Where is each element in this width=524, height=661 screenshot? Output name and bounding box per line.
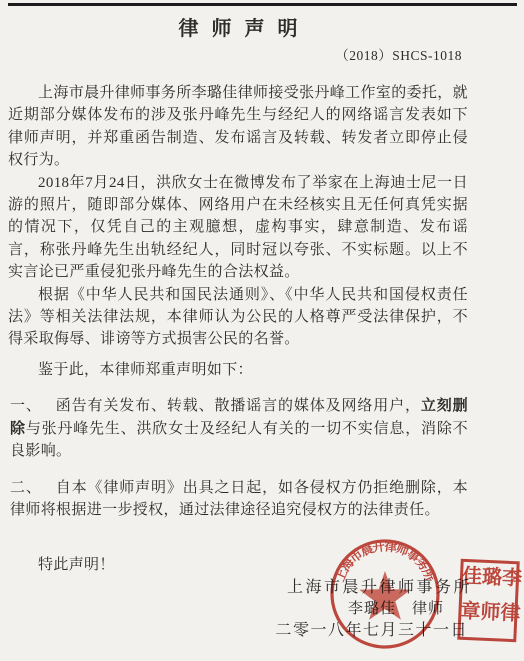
paragraph-facts: 2018年7月24日，洪欣女士在微博发布了举家在上海迪士尼一日游的照片，随即部分… — [8, 172, 468, 284]
round-law-firm-seal: 上海市晨升律师事务所 — [327, 536, 443, 652]
document-body: 上海市晨升律师事务所李璐佳律师接受张丹峰工作室的委托，就近期部分媒体发布的涉及张… — [8, 82, 468, 577]
paragraph-lead-in: 鉴于此，本律师郑重声明如下： — [8, 359, 468, 381]
item-1-text: 函告有关发布、转载、散播谣言的媒体及网络用户， — [56, 398, 421, 414]
square-lawyer-seal: 李璐佳 律师章 — [457, 559, 519, 642]
reference-number: （2018）SHCS-1018 — [8, 47, 468, 65]
lawyer-statement-document: 律师声明 （2018）SHCS-1018 上海市晨升律师事务所李璐佳律师接受张丹… — [0, 0, 524, 577]
item-1-text-after: 与张丹峰先生、洪欣女士及经纪人有关的一切不实信息，消除不良影响。 — [10, 421, 468, 459]
statement-item-2: 二、自本《律师声明》出具之日起，如各侵权方仍拒绝删除，本律师将根据进一步授权，通… — [8, 477, 468, 522]
square-seal-right-column: 李璐佳 — [459, 565, 520, 602]
statement-item-1: 一、函告有关发布、转载、散播谣言的媒体及网络用户，立刻删除与张丹峰先生、洪欣女士… — [8, 395, 468, 462]
paragraph-legal-basis: 根据《中华人民共和国民法通则》、《中华人民共和国侵权责任法》等相关法律法规，本律… — [8, 284, 468, 351]
item-1-marker: 一、 — [10, 398, 42, 414]
paragraph-intro: 上海市晨升律师事务所李璐佳律师接受张丹峰工作室的委托，就近期部分媒体发布的涉及张… — [8, 82, 468, 172]
item-2-marker: 二、 — [10, 480, 42, 496]
square-seal-left-column: 律师章 — [457, 599, 518, 636]
document-title: 律师声明 — [8, 16, 468, 42]
star-icon — [359, 571, 410, 620]
item-2-text: 自本《律师声明》出具之日起，如各侵权方仍拒绝删除，本律师将根据进一步授权，通过法… — [10, 480, 468, 518]
